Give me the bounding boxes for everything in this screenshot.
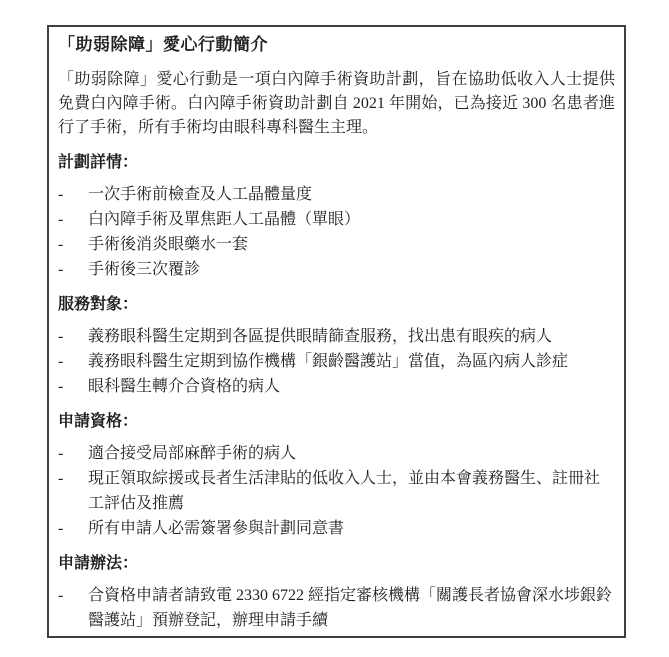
list-item-text: 義務眼科醫生定期到協作機構「銀齡醫護站」當值，為區內病人診症	[88, 349, 615, 374]
list-item-text: 手術後消炎眼藥水一套	[88, 232, 615, 257]
bullet-marker: -	[58, 441, 88, 466]
list-item-text: 白內障手術及單焦距人工晶體（單眼）	[88, 207, 615, 232]
list-item: - 白內障手術及單焦距人工晶體（單眼）	[58, 207, 615, 232]
bullet-list-how-to-apply: - 合資格申請者請致電 2330 6722 經指定審核機構「關護長者協會深水埗銀…	[58, 583, 615, 633]
bullet-marker: -	[58, 257, 88, 282]
list-item: - 一次手術前檢查及人工晶體量度	[58, 182, 615, 207]
bullet-marker: -	[58, 207, 88, 232]
bullet-list-eligibility: - 適合接受局部麻醉手術的病人 - 現正領取綜援或長者生活津貼的低收入人士，並由…	[58, 441, 615, 541]
list-item-text: 手術後三次覆診	[88, 257, 615, 282]
bullet-marker: -	[58, 516, 88, 541]
bullet-list-service-targets: - 義務眼科醫生定期到各區提供眼睛篩查服務，找出患有眼疾的病人 - 義務眼科醫生…	[58, 324, 615, 399]
section-heading-how-to-apply: 申請辦法：	[58, 553, 615, 575]
document-box: 「助弱除障」愛心行動簡介 「助弱除障」愛心行動是一項白內障手術資助計劃，旨在協助…	[47, 25, 626, 638]
section-heading-plan-details: 計劃詳情：	[58, 152, 615, 174]
bullet-marker: -	[58, 466, 88, 516]
list-item-text: 合資格申請者請致電 2330 6722 經指定審核機構「關護長者協會深水埗銀鈴醫…	[88, 583, 615, 633]
list-item: - 義務眼科醫生定期到各區提供眼睛篩查服務，找出患有眼疾的病人	[58, 324, 615, 349]
section-heading-eligibility: 申請資格：	[58, 411, 615, 433]
list-item-text: 義務眼科醫生定期到各區提供眼睛篩查服務，找出患有眼疾的病人	[88, 324, 615, 349]
list-item: - 眼科醫生轉介合資格的病人	[58, 374, 615, 399]
list-item: - 手術後三次覆診	[58, 257, 615, 282]
list-item: - 合資格申請者請致電 2330 6722 經指定審核機構「關護長者協會深水埗銀…	[58, 583, 615, 633]
bullet-marker: -	[58, 182, 88, 207]
list-item-text: 一次手術前檢查及人工晶體量度	[88, 182, 615, 207]
bullet-marker: -	[58, 232, 88, 257]
section-heading-service-targets: 服務對象：	[58, 294, 615, 316]
page-title: 「助弱除障」愛心行動簡介	[58, 33, 615, 57]
list-item: - 手術後消炎眼藥水一套	[58, 232, 615, 257]
list-item-text: 眼科醫生轉介合資格的病人	[88, 374, 615, 399]
intro-paragraph: 「助弱除障」愛心行動是一項白內障手術資助計劃，旨在協助低收入人士提供免費白內障手…	[58, 68, 615, 140]
bullet-marker: -	[58, 583, 88, 633]
list-item-text: 所有申請人必需簽署參與計劃同意書	[88, 516, 615, 541]
list-item: - 義務眼科醫生定期到協作機構「銀齡醫護站」當值，為區內病人診症	[58, 349, 615, 374]
list-item-text: 現正領取綜援或長者生活津貼的低收入人士，並由本會義務醫生、註冊社工評估及推薦	[88, 466, 615, 516]
bullet-marker: -	[58, 349, 88, 374]
bullet-marker: -	[58, 324, 88, 349]
list-item: - 現正領取綜援或長者生活津貼的低收入人士，並由本會義務醫生、註冊社工評估及推薦	[58, 466, 615, 516]
bullet-list-plan-details: - 一次手術前檢查及人工晶體量度 - 白內障手術及單焦距人工晶體（單眼） - 手…	[58, 182, 615, 282]
bullet-marker: -	[58, 374, 88, 399]
list-item: - 適合接受局部麻醉手術的病人	[58, 441, 615, 466]
list-item: - 所有申請人必需簽署參與計劃同意書	[58, 516, 615, 541]
list-item-text: 適合接受局部麻醉手術的病人	[88, 441, 615, 466]
